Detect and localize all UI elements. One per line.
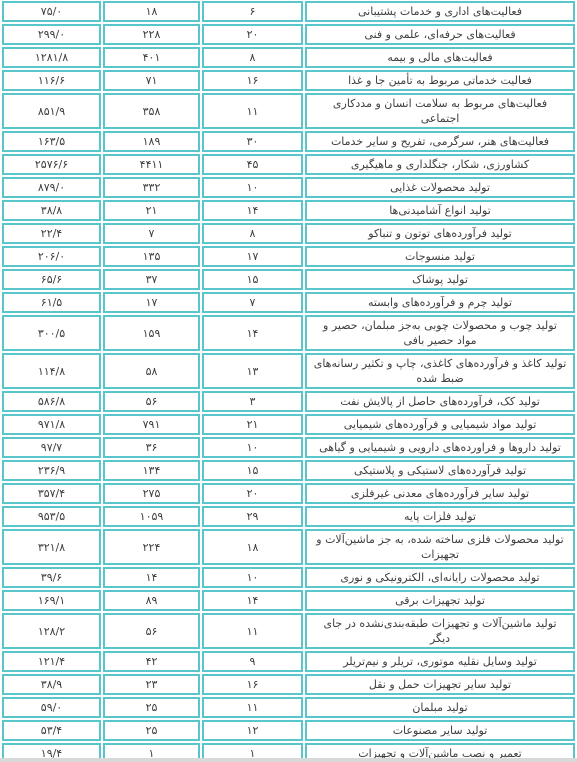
table-row: تولید چرم و فرآورده‌های وابسته۷۱۷۶۱/۵ [2, 292, 575, 313]
activity-name-cell: تولید چوب و محصولات چوبی به‌جز مبلمان، ح… [305, 315, 575, 351]
col3-value-cell: ۸۵۱/۹ [2, 93, 101, 129]
activity-name-cell: تولید مبلمان [305, 697, 575, 718]
table-row: تولید محصولات رایانه‌ای، الکترونیکی و نو… [2, 567, 575, 588]
col3-value-cell: ۲۰۶/۰ [2, 246, 101, 267]
col3-value-cell: ۹۷۱/۸ [2, 414, 101, 435]
col1-value-cell: ۹ [202, 651, 303, 672]
col2-value-cell: ۱۴ [103, 567, 200, 588]
col2-value-cell: ۲۳ [103, 674, 200, 695]
col2-value-cell: ۱۳۵ [103, 246, 200, 267]
col3-value-cell: ۶۱/۵ [2, 292, 101, 313]
col3-value-cell: ۱۱۴/۸ [2, 353, 101, 389]
col2-value-cell: ۳۶ [103, 437, 200, 458]
col1-value-cell: ۳۰ [202, 131, 303, 152]
col2-value-cell: ۴۲ [103, 651, 200, 672]
col3-value-cell: ۳۸/۸ [2, 200, 101, 221]
col1-value-cell: ۸ [202, 223, 303, 244]
table-row: تولید مواد شیمیایی و فرآورده‌های شیمیایی… [2, 414, 575, 435]
col3-value-cell: ۵۸۶/۸ [2, 391, 101, 412]
col2-value-cell: ۵۶ [103, 613, 200, 649]
col2-value-cell: ۲۵ [103, 720, 200, 741]
table-row: فعالیت‌های حرفه‌ای، علمی و فنی۲۰۲۲۸۲۹۹/۰ [2, 24, 575, 45]
table-row: تولید محصولات غذایی۱۰۳۳۲۸۷۹/۰ [2, 177, 575, 198]
table-row: تولید محصولات فلزی ساخته شده، به جز ماشی… [2, 529, 575, 565]
activity-name-cell: تولید مواد شیمیایی و فرآورده‌های شیمیایی [305, 414, 575, 435]
table-row: تولید کاغذ و فرآورده‌های کاغذی، چاپ و تک… [2, 353, 575, 389]
activity-name-cell: تولید چرم و فرآورده‌های وابسته [305, 292, 575, 313]
col3-value-cell: ۳۲۱/۸ [2, 529, 101, 565]
activity-name-cell: تولید ماشین‌آلات و تجهیزات طبقه‌بندی‌نشد… [305, 613, 575, 649]
activity-name-cell: تولید کاغذ و فرآورده‌های کاغذی، چاپ و تک… [305, 353, 575, 389]
col3-value-cell: ۲۵۷۶/۶ [2, 154, 101, 175]
col1-value-cell: ۱۲ [202, 720, 303, 741]
col1-value-cell: ۲۹ [202, 506, 303, 527]
col2-value-cell: ۱۰۵۹ [103, 506, 200, 527]
col1-value-cell: ۱۰ [202, 437, 303, 458]
col1-value-cell: ۱۸ [202, 529, 303, 565]
col3-value-cell: ۱۲۸/۲ [2, 613, 101, 649]
activity-name-cell: تولید محصولات فلزی ساخته شده، به جز ماشی… [305, 529, 575, 565]
col2-value-cell: ۳۷ [103, 269, 200, 290]
col3-value-cell: ۲۳۶/۹ [2, 460, 101, 481]
page-bottom-strip [0, 758, 577, 762]
col2-value-cell: ۲۱ [103, 200, 200, 221]
activity-name-cell: تولید محصولات رایانه‌ای، الکترونیکی و نو… [305, 567, 575, 588]
activity-name-cell: تولید سایر تجهیزات حمل و نقل [305, 674, 575, 695]
table-row: تولید انواع آشامیدنی‌ها۱۴۲۱۳۸/۸ [2, 200, 575, 221]
col2-value-cell: ۷۹۱ [103, 414, 200, 435]
table-row: تولید سایر مصنوعات۱۲۲۵۵۳/۴ [2, 720, 575, 741]
col3-value-cell: ۸۷۹/۰ [2, 177, 101, 198]
col3-value-cell: ۲۲/۴ [2, 223, 101, 244]
col3-value-cell: ۱۶۳/۵ [2, 131, 101, 152]
col3-value-cell: ۳۸/۹ [2, 674, 101, 695]
col1-value-cell: ۱۱ [202, 93, 303, 129]
table-row: تولید منسوجات۱۷۱۳۵۲۰۶/۰ [2, 246, 575, 267]
col1-value-cell: ۳ [202, 391, 303, 412]
col3-value-cell: ۹۵۳/۵ [2, 506, 101, 527]
table-row: فعالیت خدماتی مربوط به تأمین جا و غذا۱۶۷… [2, 70, 575, 91]
activity-name-cell: تولید وسایل نقلیه موتوری، تریلر و نیم‌تر… [305, 651, 575, 672]
activity-name-cell: فعالیت خدماتی مربوط به تأمین جا و غذا [305, 70, 575, 91]
table-row: تولید چوب و محصولات چوبی به‌جز مبلمان، ح… [2, 315, 575, 351]
activity-name-cell: فعالیت‌های مربوط به سلامت انسان و مددکار… [305, 93, 575, 129]
activity-name-cell: تولید فرآورده‌های لاستیکی و پلاستیکی [305, 460, 575, 481]
activity-name-cell: تولید کک، فرآورده‌های حاصل از پالایش نفت [305, 391, 575, 412]
col2-value-cell: ۱۸ [103, 1, 200, 22]
col2-value-cell: ۳۳۲ [103, 177, 200, 198]
activity-name-cell: تولید فلزات پایه [305, 506, 575, 527]
col1-value-cell: ۱۱ [202, 697, 303, 718]
col1-value-cell: ۲۱ [202, 414, 303, 435]
col2-value-cell: ۴۴۱۱ [103, 154, 200, 175]
col2-value-cell: ۵۶ [103, 391, 200, 412]
col3-value-cell: ۵۳/۴ [2, 720, 101, 741]
col1-value-cell: ۲۰ [202, 24, 303, 45]
col3-value-cell: ۱۲۱/۴ [2, 651, 101, 672]
sectors-table: فعالیت‌های اداری و خدمات پشتیبانی۶۱۸۷۵/۰… [0, 0, 577, 762]
col3-value-cell: ۳۹/۶ [2, 567, 101, 588]
col1-value-cell: ۱۶ [202, 674, 303, 695]
page: { "page": {"language": "fa", "direction"… [0, 0, 577, 762]
col1-value-cell: ۱۳ [202, 353, 303, 389]
activity-name-cell: فعالیت‌های هنر، سرگرمی، تفریح و سایر خدم… [305, 131, 575, 152]
col3-value-cell: ۱۲۸۱/۸ [2, 47, 101, 68]
activity-name-cell: تولید تجهیزات برقی [305, 590, 575, 611]
table-row: کشاورزی، شکار، جنگلداری و ماهیگیری۴۵۴۴۱۱… [2, 154, 575, 175]
table-row: تولید فرآورده‌های توتون و تنباکو۸۷۲۲/۴ [2, 223, 575, 244]
col1-value-cell: ۱۵ [202, 269, 303, 290]
table-row: تولید سایر فرآورده‌های معدنی غیرفلزی۲۰۲۷… [2, 483, 575, 504]
col1-value-cell: ۱۵ [202, 460, 303, 481]
table-row: تولید پوشاک۱۵۳۷۶۵/۶ [2, 269, 575, 290]
col3-value-cell: ۲۹۹/۰ [2, 24, 101, 45]
table-row: فعالیت‌های مربوط به سلامت انسان و مددکار… [2, 93, 575, 129]
col3-value-cell: ۵۹/۰ [2, 697, 101, 718]
col1-value-cell: ۴۵ [202, 154, 303, 175]
table-row: تولید فلزات پایه۲۹۱۰۵۹۹۵۳/۵ [2, 506, 575, 527]
col1-value-cell: ۱۰ [202, 177, 303, 198]
activity-name-cell: کشاورزی، شکار، جنگلداری و ماهیگیری [305, 154, 575, 175]
col1-value-cell: ۸ [202, 47, 303, 68]
col2-value-cell: ۲۷۵ [103, 483, 200, 504]
col1-value-cell: ۶ [202, 1, 303, 22]
col2-value-cell: ۲۲۸ [103, 24, 200, 45]
col2-value-cell: ۸۹ [103, 590, 200, 611]
col2-value-cell: ۵۸ [103, 353, 200, 389]
table-row: تولید فرآورده‌های لاستیکی و پلاستیکی۱۵۱۳… [2, 460, 575, 481]
col3-value-cell: ۱۱۶/۶ [2, 70, 101, 91]
col2-value-cell: ۱۸۹ [103, 131, 200, 152]
activity-name-cell: فعالیت‌های حرفه‌ای، علمی و فنی [305, 24, 575, 45]
table-row: تولید داروها و فراورده‌های دارویی و شیمی… [2, 437, 575, 458]
col1-value-cell: ۱۷ [202, 246, 303, 267]
table-row: تولید مبلمان۱۱۲۵۵۹/۰ [2, 697, 575, 718]
activity-name-cell: تولید داروها و فراورده‌های دارویی و شیمی… [305, 437, 575, 458]
table-row: تولید ماشین‌آلات و تجهیزات طبقه‌بندی‌نشد… [2, 613, 575, 649]
table-row: تولید سایر تجهیزات حمل و نقل۱۶۲۳۳۸/۹ [2, 674, 575, 695]
activity-name-cell: فعالیت‌های اداری و خدمات پشتیبانی [305, 1, 575, 22]
col1-value-cell: ۱۰ [202, 567, 303, 588]
col3-value-cell: ۷۵/۰ [2, 1, 101, 22]
col3-value-cell: ۳۵۷/۴ [2, 483, 101, 504]
col1-value-cell: ۱۶ [202, 70, 303, 91]
sectors-table-body: فعالیت‌های اداری و خدمات پشتیبانی۶۱۸۷۵/۰… [2, 1, 575, 762]
col2-value-cell: ۴۰۱ [103, 47, 200, 68]
col2-value-cell: ۷ [103, 223, 200, 244]
col2-value-cell: ۳۵۸ [103, 93, 200, 129]
col1-value-cell: ۱۱ [202, 613, 303, 649]
col1-value-cell: ۱۴ [202, 590, 303, 611]
col2-value-cell: ۱۷ [103, 292, 200, 313]
table-row: فعالیت‌های اداری و خدمات پشتیبانی۶۱۸۷۵/۰ [2, 1, 575, 22]
col3-value-cell: ۱۶۹/۱ [2, 590, 101, 611]
col2-value-cell: ۱۵۹ [103, 315, 200, 351]
col3-value-cell: ۳۰۰/۵ [2, 315, 101, 351]
activity-name-cell: تولید فرآورده‌های توتون و تنباکو [305, 223, 575, 244]
col2-value-cell: ۷۱ [103, 70, 200, 91]
col1-value-cell: ۱۴ [202, 200, 303, 221]
activity-name-cell: تولید پوشاک [305, 269, 575, 290]
activity-name-cell: تولید منسوجات [305, 246, 575, 267]
col1-value-cell: ۷ [202, 292, 303, 313]
col1-value-cell: ۱۴ [202, 315, 303, 351]
activity-name-cell: فعالیت‌های مالی و بیمه [305, 47, 575, 68]
col1-value-cell: ۲۰ [202, 483, 303, 504]
table-row: فعالیت‌های مالی و بیمه۸۴۰۱۱۲۸۱/۸ [2, 47, 575, 68]
activity-name-cell: تولید انواع آشامیدنی‌ها [305, 200, 575, 221]
table-row: فعالیت‌های هنر، سرگرمی، تفریح و سایر خدم… [2, 131, 575, 152]
col2-value-cell: ۲۲۴ [103, 529, 200, 565]
col3-value-cell: ۹۷/۷ [2, 437, 101, 458]
col2-value-cell: ۱۳۴ [103, 460, 200, 481]
activity-name-cell: تولید سایر مصنوعات [305, 720, 575, 741]
activity-name-cell: تولید محصولات غذایی [305, 177, 575, 198]
col2-value-cell: ۲۵ [103, 697, 200, 718]
col3-value-cell: ۶۵/۶ [2, 269, 101, 290]
table-row: تولید تجهیزات برقی۱۴۸۹۱۶۹/۱ [2, 590, 575, 611]
table-row: تولید کک، فرآورده‌های حاصل از پالایش نفت… [2, 391, 575, 412]
table-row: تولید وسایل نقلیه موتوری، تریلر و نیم‌تر… [2, 651, 575, 672]
activity-name-cell: تولید سایر فرآورده‌های معدنی غیرفلزی [305, 483, 575, 504]
